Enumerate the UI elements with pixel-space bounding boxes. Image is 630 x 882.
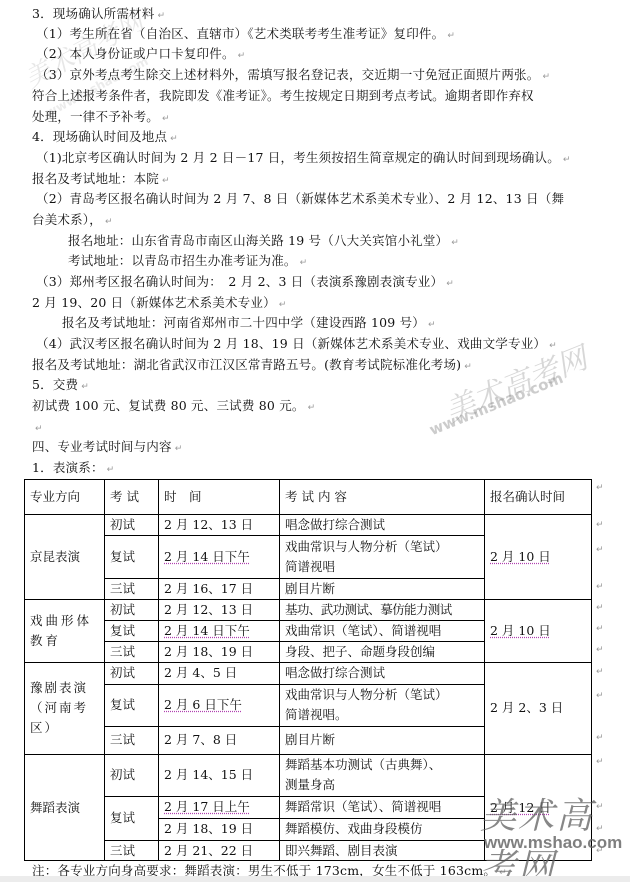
- table-cell-time: 2 月 7、8 日: [158, 726, 279, 754]
- paragraph-line: 报名地址：山东省青岛市南区山海关路 19 号（八大关宾馆小礼堂）↵: [68, 231, 459, 251]
- paragraph-mark-icon: ↵: [162, 114, 170, 124]
- table-cell-content: 身段、把子、命题身段创编: [279, 641, 484, 662]
- paragraph-mark-icon: ↵: [157, 11, 165, 21]
- table-cell-time: 2 月 12、13 日: [158, 599, 279, 620]
- table-cell-content: 基功、武功测试、摹仿能力测试: [279, 599, 484, 620]
- document-page: 美术高考网 www.mshao.com 美术高考网 www.mshao.com …: [0, 0, 630, 882]
- paragraph-line: 报名及考试地址：湖北省武汉市江汉区常青路五号。(教育考试院标准化考场)↵: [32, 355, 472, 375]
- paragraph-line: 报名及考试地址：本院↵: [32, 169, 170, 189]
- table-cell-confirm-time: 2 月 10 日: [484, 514, 592, 599]
- paragraph-mark-icon: ↵: [549, 341, 557, 351]
- paragraph-line: （3）京外考点考生除交上述材料外，需填写报名登记表，交近期一寸免冠正面照片两张。…: [36, 65, 550, 85]
- table-cell-content: 即兴舞蹈、剧目表演: [279, 840, 484, 861]
- table-cell-exam: 初试: [104, 514, 158, 535]
- table-cell-time: 2 月 18、19 日: [158, 641, 279, 662]
- table-cell-exam: 复试: [104, 796, 158, 840]
- table-cell-time: 2 月 6 日下午: [158, 684, 279, 726]
- table-cell-major: 舞蹈表演: [24, 754, 104, 861]
- table-cell-content: 戏曲常识与人物分析（笔试） 简谱视唱: [279, 535, 484, 578]
- paragraph-line: 报名及考试地址：河南省郑州市二十四中学（建设西路 109 号）↵: [62, 313, 436, 333]
- row-end-mark-icon: ↵: [596, 603, 604, 613]
- paragraph-line: （2）本人身份证或户口卡复印件。↵: [36, 44, 245, 64]
- table-cell-exam: 初试: [104, 599, 158, 620]
- table-cell-time: 2 月 16、17 日: [158, 578, 279, 599]
- paragraph-mark-icon: ↵: [162, 176, 170, 186]
- row-end-mark-icon: ↵: [596, 624, 604, 634]
- table-cell-time: 2 月 4、5 日: [158, 662, 279, 684]
- paragraph-line: 符合上述报考条件者，我院即发《准考证》。考生按规定日期到考点考试。逾期者即作弃权: [32, 86, 534, 106]
- table-cell-time: 2 月 17 日上午: [158, 796, 279, 818]
- paragraph-mark-icon: ↵: [451, 238, 459, 248]
- heading-exam-time-content: 四、专业考试时间与内容↵: [32, 437, 182, 457]
- table-cell-exam: 三试: [104, 726, 158, 754]
- table-cell-major: 京昆表演: [24, 514, 104, 599]
- table-cell-content: 唱念做打综合测试: [279, 662, 484, 684]
- table-cell-content: 剧目片断: [279, 578, 484, 599]
- table-cell-exam: 初试: [104, 662, 158, 684]
- heading-materials: 3．现场确认所需材料↵: [32, 4, 165, 24]
- table-header-time: 时 间: [158, 479, 279, 514]
- row-end-mark-icon: ↵: [596, 545, 604, 555]
- table-cell-time: 2 月 12、13 日: [158, 514, 279, 535]
- row-end-mark-icon: ↵: [596, 733, 604, 743]
- paragraph-mark-icon: ↵: [175, 444, 183, 454]
- table-cell-exam: 三试: [104, 840, 158, 861]
- paragraph-mark-icon: ↵: [105, 217, 113, 227]
- row-end-mark-icon: ↵: [596, 757, 604, 767]
- paragraph-fees: 初试费 100 元、复试费 80 元、三试费 80 元。↵: [32, 396, 315, 416]
- table-cell-major: 豫剧表演（河南考区）: [24, 662, 104, 754]
- table-cell-confirm-time: 2 月 2、3 日: [484, 662, 592, 754]
- table-header-exam: 考 试: [104, 479, 158, 514]
- paragraph-mark-icon: ↵: [563, 155, 571, 165]
- paragraph-line: （1）考生所在省（自治区、直辖市）《艺术类联考考生准考证》复印件。↵: [36, 24, 455, 44]
- watermark-url: www.mshao.com: [484, 833, 622, 853]
- table-cell-content: 剧目片断: [279, 726, 484, 754]
- paragraph-line: 考试地址：以青岛市招生办准考证为准。↵: [68, 251, 307, 271]
- table-header-confirm-time: 报名确认时间: [484, 479, 592, 514]
- row-end-mark-icon: ↵: [596, 483, 604, 493]
- table-cell-time: 2 月 14、15 日: [158, 754, 279, 796]
- row-end-mark-icon: ↵: [596, 667, 604, 677]
- paragraph-mark-icon: ↵: [300, 258, 308, 268]
- table-cell-time: 2 月 21、22 日: [158, 840, 279, 861]
- row-end-mark-icon: ↵: [596, 582, 604, 592]
- paragraph-mark-icon: ↵: [446, 279, 454, 289]
- table-cell-major: 戏曲形体教育: [24, 599, 104, 662]
- table-cell-exam: 三试: [104, 578, 158, 599]
- paragraph-mark-icon: ↵: [238, 51, 246, 61]
- paragraph-mark-icon: ↵: [464, 362, 472, 372]
- paragraph-line: （1)北京考区确认时间为 2 月 2 日－17 日，考生须按招生简章规定的确认时…: [36, 148, 571, 168]
- table-cell-time: 2 月 14 日下午: [158, 620, 279, 641]
- table-cell-content: 戏曲常识与人物分析（笔试） 简谱视唱。: [279, 684, 484, 726]
- paragraph-mark-icon: ↵: [107, 465, 115, 475]
- table-cell-content: 舞蹈基本功测试（古典舞）、 测量身高: [279, 754, 484, 796]
- table-cell-content: 舞蹈常识（笔试）、简谱视唱: [279, 796, 484, 818]
- heading-confirm-time-location: 4．现场确认时间及地点↵: [32, 127, 178, 147]
- paragraph-line: （4）武汉考区报名确认时间为 2 月 18、19 日（新媒体艺术系美术专业、戏曲…: [36, 334, 557, 354]
- paragraph-line: 2 月 19、20 日（新媒体艺术系美术专业）↵: [32, 293, 287, 313]
- table-header-content: 考 试 内 容: [279, 479, 484, 514]
- paragraph-mark-icon: ↵: [447, 31, 455, 41]
- empty-paragraph: ↵: [32, 417, 43, 437]
- table-cell-exam: 复试: [104, 684, 158, 726]
- paragraph-mark-icon: ↵: [428, 320, 436, 330]
- table-cell-time: 2 月 18、19 日: [158, 818, 279, 840]
- paragraph-mark-icon: ↵: [308, 403, 316, 413]
- paragraph-mark-icon: ↵: [81, 382, 89, 392]
- row-end-mark-icon: ↵: [596, 520, 604, 530]
- paragraph-mark-icon: ↵: [35, 424, 43, 434]
- paragraph-line: 台美术系），↵: [32, 210, 113, 230]
- table-cell-exam: 复试: [104, 535, 158, 578]
- table-cell-content: 舞蹈模仿、戏曲身段模仿: [279, 818, 484, 840]
- table-cell-exam: 复试: [104, 620, 158, 641]
- table-cell-time: 2 月 14 日下午: [158, 535, 279, 578]
- row-end-mark-icon: ↵: [596, 691, 604, 701]
- paragraph-mark-icon: ↵: [279, 300, 287, 310]
- paragraph-mark-icon: ↵: [170, 134, 178, 144]
- page-bottom-edge: [0, 876, 630, 882]
- paragraph-line: （2）青岛考区报名确认时间为 2 月 7、8 日（新媒体艺术系美术专业）、2 月…: [36, 189, 564, 209]
- table-cell-content: 戏曲常识（笔试）、简谱视唱: [279, 620, 484, 641]
- paragraph-mark-icon: ↵: [542, 72, 550, 82]
- table-cell-content: 唱念做打综合测试: [279, 514, 484, 535]
- paragraph-line: （3）郑州考区报名确认时间为： 2 月 2、3 日（表演系豫剧表演专业）↵: [36, 272, 454, 292]
- table-cell-confirm-time: 2 月 10 日: [484, 599, 592, 662]
- paragraph-line: 处理，一律不予补考。↵: [32, 107, 170, 127]
- table-cell-exam: 三试: [104, 641, 158, 662]
- table-cell-exam: 初试: [104, 754, 158, 796]
- row-end-mark-icon: ↵: [596, 645, 604, 655]
- heading-performance-dept: 1．表演系：↵: [32, 458, 114, 478]
- table-header-major: 专业方向: [24, 479, 104, 514]
- heading-fees: 5．交费↵: [32, 375, 89, 395]
